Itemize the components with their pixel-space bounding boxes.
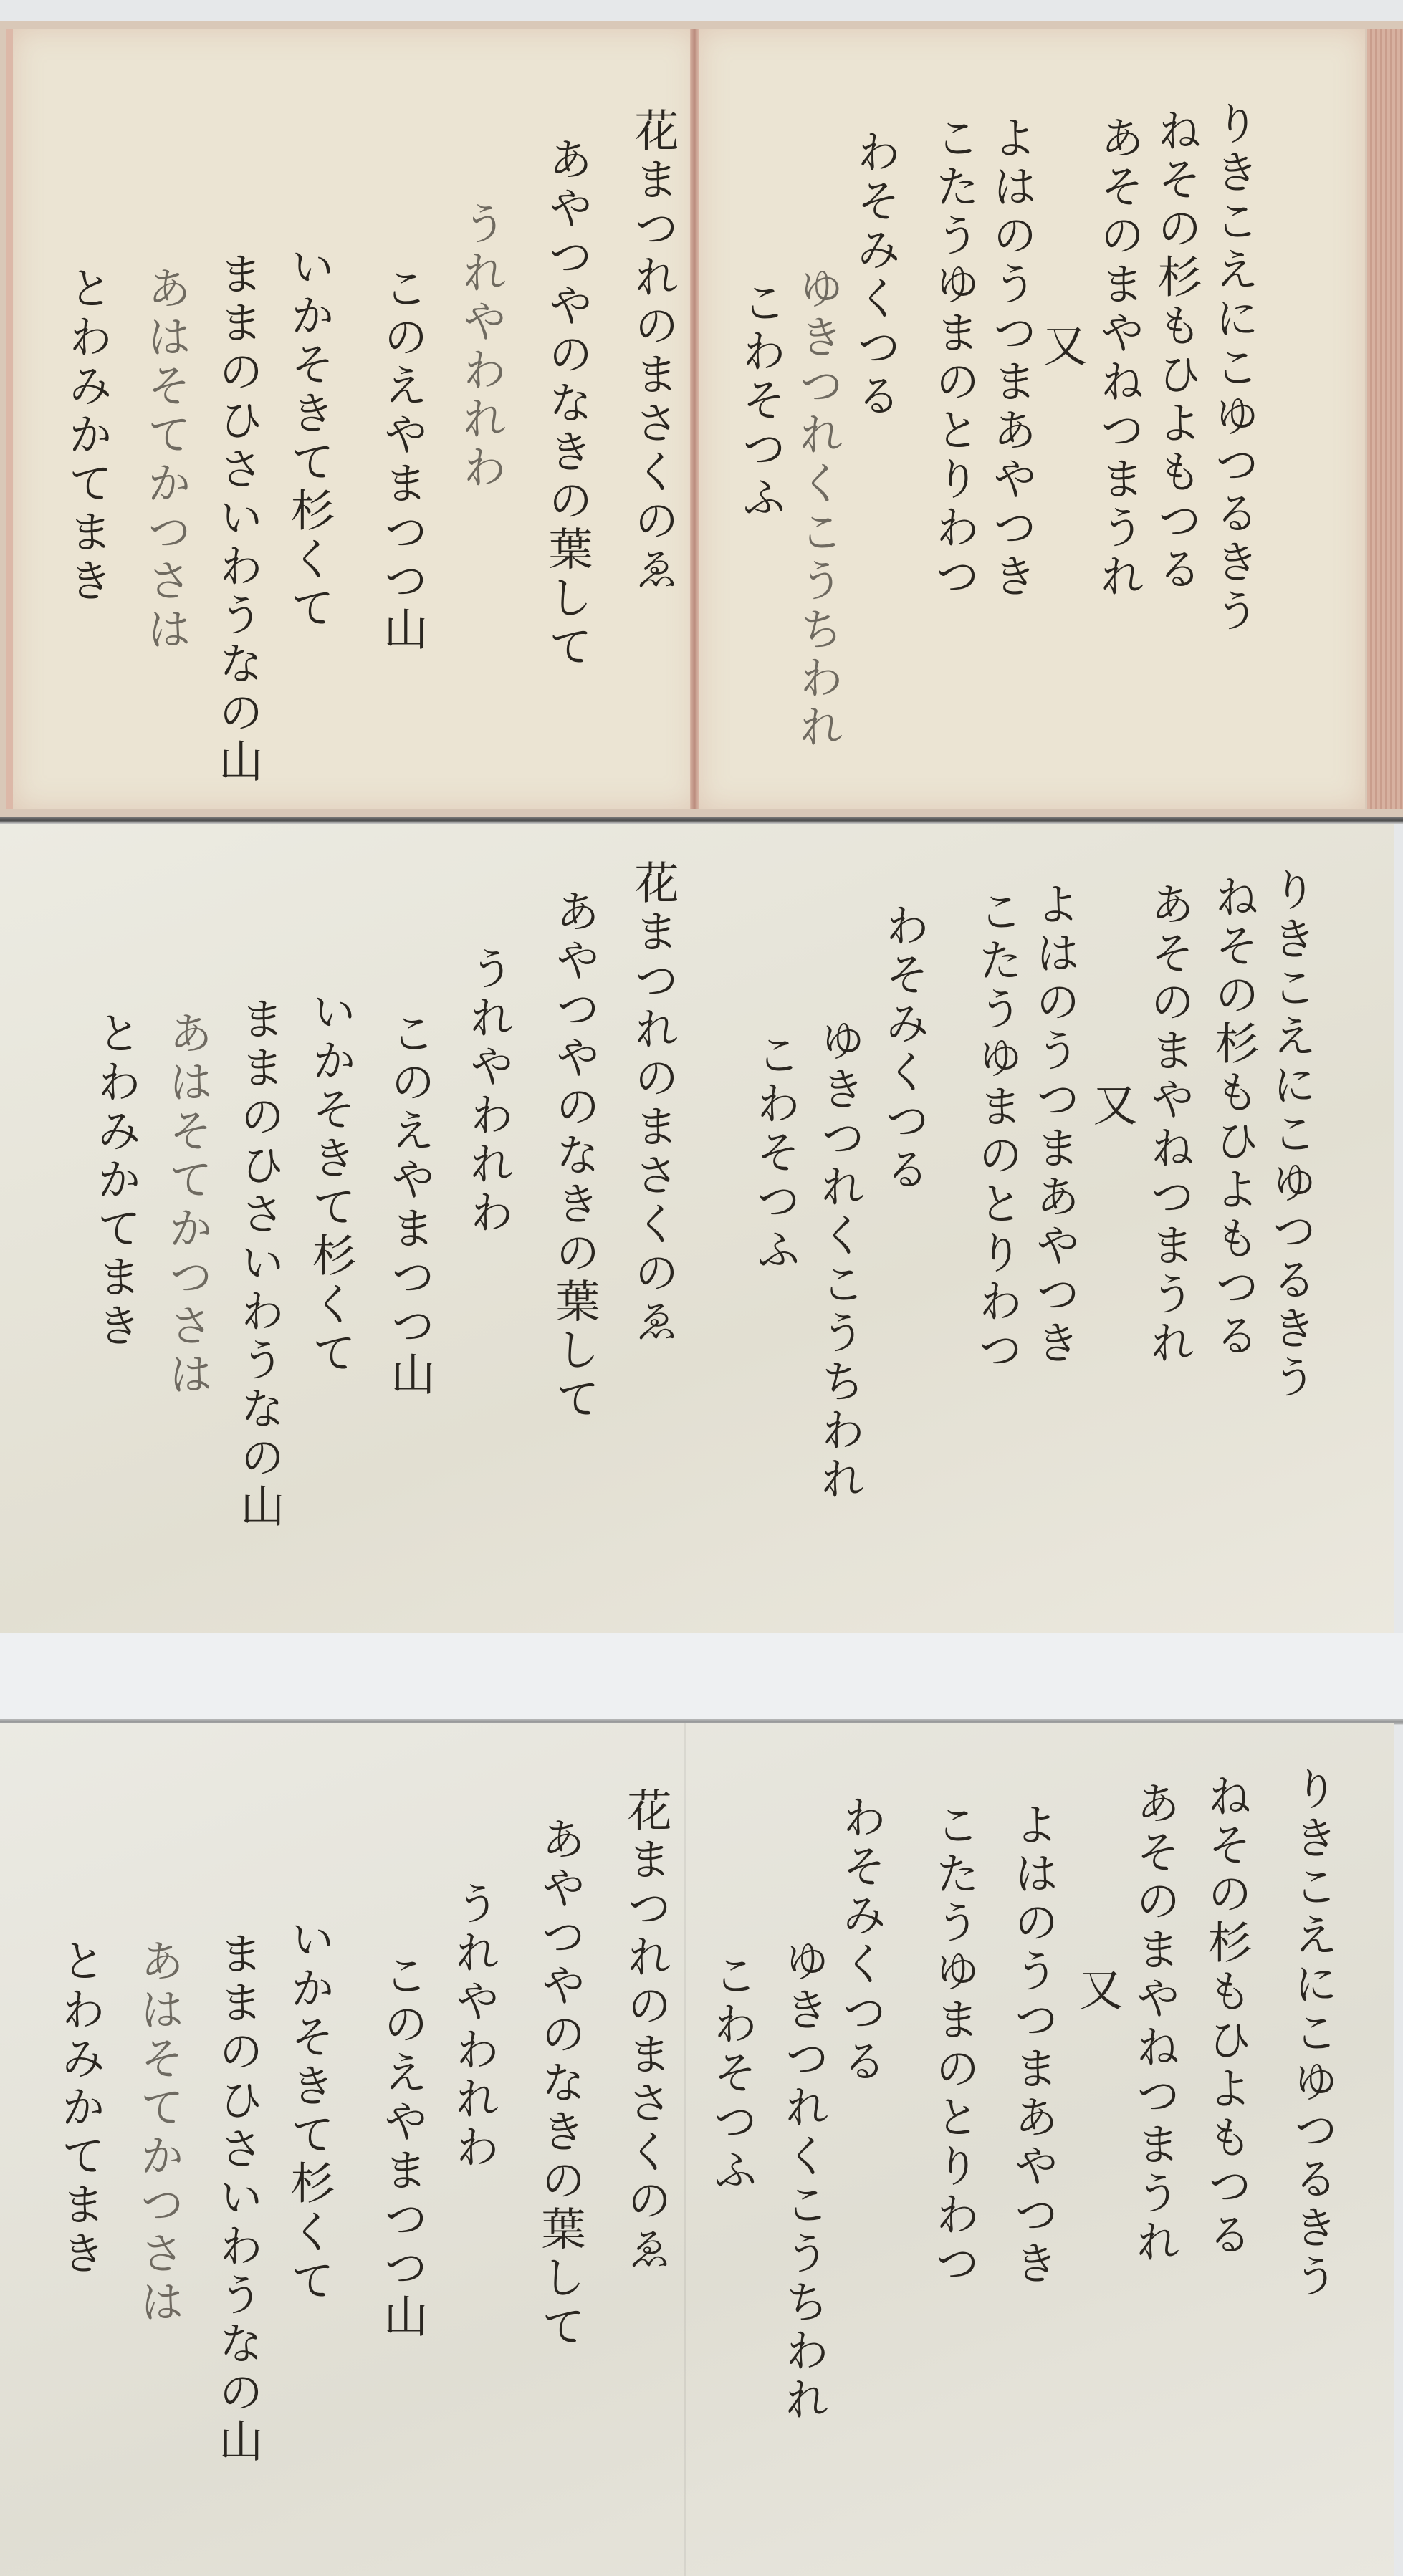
text-column: うれやわれわ (459, 201, 503, 493)
text-column: あそのまやねつまうれ (1132, 1780, 1177, 2267)
text-column: あやつやのなきの葉して (537, 1816, 582, 2352)
text-column: りきこえにこゆつるきう (1268, 867, 1313, 1403)
copy-sheet-1: りきこえにこゆつるきう ねその杉もひよもつる あそのまやねつまうれ 又 よはのう… (0, 824, 1394, 1633)
text-column: このえやまつつ山 (380, 1952, 424, 2342)
text-column: あはそてかつさは (136, 1938, 181, 2327)
text-column: よはのうつまあやつき (1032, 881, 1076, 1368)
center-fold (684, 1723, 686, 2576)
text-column: こわそつふ (709, 1952, 754, 2196)
panel-divider (0, 817, 1403, 824)
text-column: こたうゆまのとりわつ (975, 888, 1019, 1375)
text-column: いかそきて杉くて (287, 244, 331, 633)
book-spine (690, 29, 699, 809)
text-column: あはそてかつさは (143, 265, 188, 655)
text-column: よはのうつまあやつき (989, 115, 1033, 602)
text-column: とわみかてまき (57, 1938, 102, 2279)
text-column: りきこえにこゆつるきう (1290, 1766, 1334, 2302)
text-column: いかそきて杉くて (287, 1916, 331, 2306)
text-column: とわみかてまき (64, 265, 109, 606)
text-column: わそみくつる (853, 129, 897, 421)
text-column: あはそてかつさは (165, 1010, 209, 1400)
text-column: ままのひさいわうなの山 (215, 1931, 259, 2466)
text-column: このえやまつつ山 (387, 1010, 431, 1400)
text-column: ままのひさいわうなの山 (215, 251, 259, 787)
bound-book-photo: りきこえにこゆつるきう ねその杉もひよもつる あそのまやねつまうれ 又 よはのう… (0, 21, 1403, 817)
text-column: ままのひさいわうなの山 (236, 996, 281, 1532)
text-column: ゆきつれくこうちわれ (781, 1938, 825, 2425)
text-column: よはのうつまあやつき (1010, 1802, 1055, 2289)
text-column: 又 (1039, 322, 1083, 371)
text-column: うれやわれわ (466, 946, 510, 1238)
text-column: このえやまつつ山 (380, 265, 424, 655)
white-gap (0, 1633, 1403, 1719)
text-column: ゆきつれくこうちわれ (795, 265, 840, 752)
text-column: うれやわれわ (451, 1880, 496, 2173)
text-column: こわそつふ (738, 279, 782, 523)
text-column: 又 (1075, 1966, 1119, 2015)
text-column: ゆきつれくこうちわれ (817, 1017, 861, 1504)
text-column: 花まつれのまさくのゑ (623, 1787, 668, 2274)
text-column: りきこえにこゆつるきう (1211, 100, 1255, 636)
text-column: こたうゆまのとりわつ (932, 1802, 976, 2289)
text-column: とわみかてまき (93, 1010, 138, 1351)
text-column: あやつやのなきの葉して (552, 888, 596, 1424)
text-column: あそのまやねつまうれ (1096, 115, 1141, 602)
text-column: ねその杉もひよもつる (1204, 1773, 1248, 2260)
text-column: こたうゆまのとりわつ (932, 115, 976, 602)
text-column: ねその杉もひよもつる (1154, 107, 1198, 595)
text-column: いかそきて杉くて (308, 989, 353, 1378)
text-column: 花まつれのまさくのゑ (631, 860, 675, 1347)
text-column: あそのまやねつまうれ (1146, 881, 1191, 1368)
text-column: 花まつれのまさくのゑ (631, 107, 675, 595)
text-column: わそみくつる (838, 1794, 883, 2087)
text-column: わそみくつる (881, 903, 926, 1195)
copy-sheet-2: りきこえにこゆつるきう ねその杉もひよもつる あそのまやねつまうれ 又 よはのう… (0, 1723, 1394, 2576)
page-edges (1367, 29, 1403, 809)
text-column: 又 (1089, 1082, 1134, 1130)
text-column: ねその杉もひよもつる (1211, 874, 1255, 1361)
text-column: こわそつふ (752, 1032, 797, 1275)
text-column: あやつやのなきの葉して (545, 136, 589, 672)
